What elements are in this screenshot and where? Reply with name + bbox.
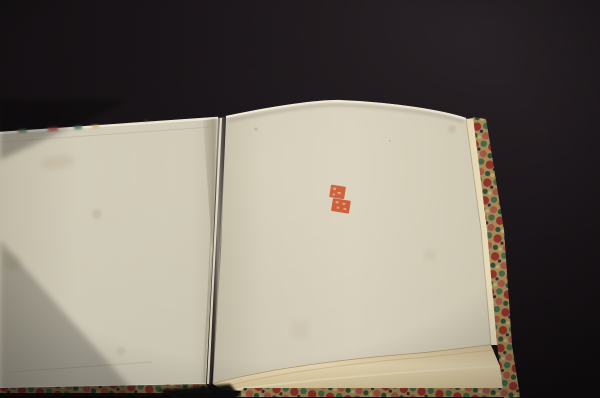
photo-open-book [0, 0, 600, 398]
book-photo-canvas [0, 0, 600, 398]
vignette-overlay [0, 0, 600, 398]
